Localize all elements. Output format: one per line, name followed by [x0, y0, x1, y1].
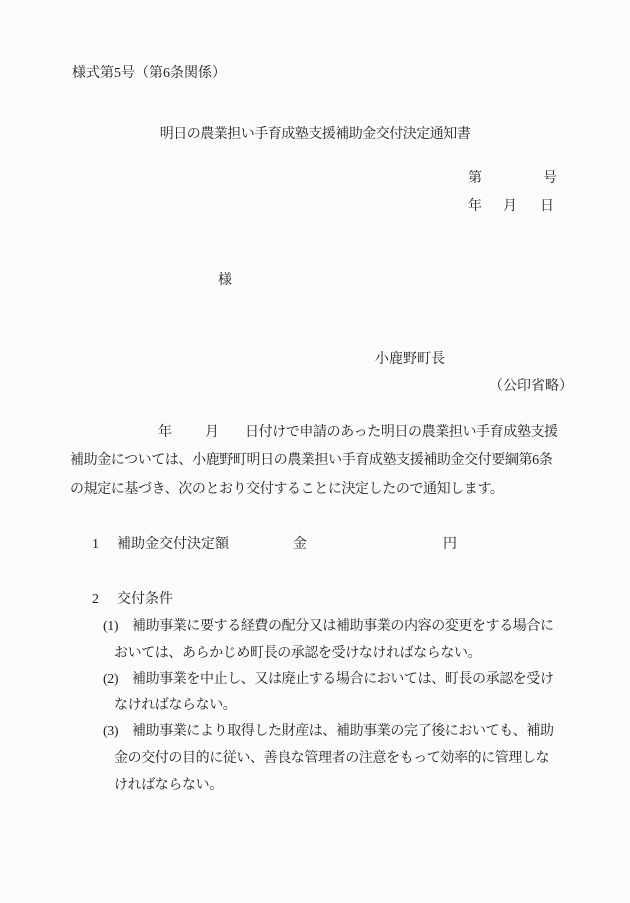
item1-label: 補助金交付決定額: [117, 535, 229, 555]
condition-3-line3: ければならない。: [114, 776, 223, 796]
body-month-label: 月: [205, 423, 219, 443]
sender-title: 小鹿野町長: [375, 350, 445, 370]
document-title: 明日の農業担い手育成塾支援補助金交付決定通知書: [0, 125, 630, 145]
item2-label: 交付条件: [117, 590, 173, 610]
item1-amount-suffix: 円: [443, 535, 457, 555]
condition-2-line2: なければならない。: [114, 696, 236, 716]
condition-1-line2: おいては、あらかじめ町長の承認を受けなければならない。: [114, 644, 481, 664]
doc-number-prefix: 第: [468, 169, 482, 189]
body-year-label: 年: [158, 423, 172, 443]
condition-3-number: (3): [103, 722, 118, 742]
document-page: 様式第5号（第6条関係） 明日の農業担い手育成塾支援補助金交付決定通知書 第 号…: [0, 0, 630, 903]
date-month-label: 月: [503, 197, 517, 217]
body-line3: の規定に基づき、次のとおり交付することに決定したので通知します。: [70, 480, 504, 500]
condition-3-line2: 金の交付の目的に従い、善良な管理者の注意をもって効率的に管理しな: [114, 749, 549, 769]
condition-2-line1: 補助事業を中止し、又は廃止する場合においては、町長の承認を受け: [132, 670, 554, 690]
condition-1-line1: 補助事業に要する経費の配分又は補助事業の内容の変更をする場合に: [132, 617, 554, 637]
seal-omitted-note: （公印省略）: [489, 377, 573, 397]
date-day-label: 日: [540, 197, 554, 217]
doc-number-suffix: 号: [543, 169, 557, 189]
item2-number: 2: [92, 590, 99, 610]
body-line1: 日付けで申請のあった明日の農業担い手育成塾支援: [245, 423, 558, 443]
condition-3-line1: 補助事業により取得した財産は、補助事業の完了後においても、補助: [132, 722, 554, 742]
item1-amount-prefix: 金: [293, 535, 307, 555]
body-line2: 補助金については、小鹿野町明日の農業担い手育成塾支援補助金交付要綱第6条: [70, 451, 552, 471]
date-year-label: 年: [468, 197, 482, 217]
condition-2-number: (2): [103, 670, 118, 690]
addressee-honorific: 様: [218, 271, 232, 291]
condition-1-number: (1): [103, 617, 118, 637]
form-number-label: 様式第5号（第6条関係）: [72, 64, 226, 84]
item1-number: 1: [92, 535, 99, 555]
